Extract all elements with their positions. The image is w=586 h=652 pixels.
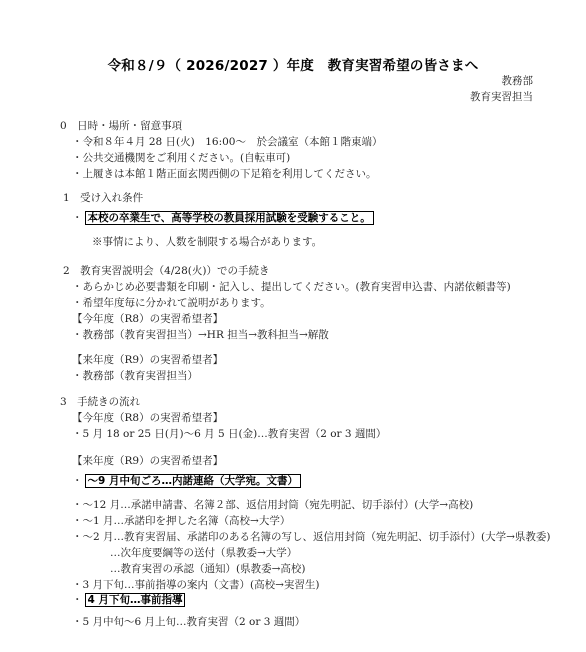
- section-0-item: ・令和８年４月 28 日(火) 16:00～ 於会議室（本館１階東端）: [72, 134, 383, 150]
- section-3-heading: 3 手続きの流れ: [60, 394, 140, 410]
- section-3-r9-boxed-2: ・4 月下旬…事前指導: [72, 592, 185, 608]
- section-3-r9-final-item: ・5 月中旬～6 月上旬…教育実習（2 or 3 週間）: [72, 614, 305, 630]
- section-0-item: ・上履きは本館１階正面玄関西側の下足箱を利用してください。: [72, 166, 377, 182]
- author-department: 教務部: [502, 73, 534, 89]
- section-3-r9-item: ・3 月下旬…事前指導の案内（文書）(高校→実習生): [72, 577, 320, 593]
- group-label-r9: 【来年度（R9）の実習希望者】: [72, 352, 223, 368]
- section-2-r9-item: ・教務部（教育実習担当）: [72, 368, 198, 384]
- section-3-r9-subitem: …次年度要綱等の送付（県教委→大学）: [110, 545, 297, 561]
- section-1-note: ※事情により、人数を制限する場合があります。: [92, 234, 322, 250]
- boxed-step-pre-guidance: 4 月下旬…事前指導: [85, 593, 186, 607]
- section-1-heading: 1 受け入れ条件: [63, 190, 143, 206]
- section-0-heading: 0 日時・場所・留意事項: [60, 118, 182, 134]
- section-3-r9-subitem: …教育実習の承認（通知）(県教委→高校): [110, 561, 306, 577]
- requirement-boxed-text: 本校の卒業生で、高等学校の教員採用試験を受験すること。: [85, 211, 374, 225]
- group-label-r9: 【来年度（R9）の実習希望者】: [72, 453, 223, 469]
- section-3-r9-item: ・～2 月…教育実習届、承諾印のある名簿の写し、返信用封筒（宛先明記、切手添付）…: [72, 529, 551, 545]
- group-label-r8: 【今年度（R8）の実習希望者】: [72, 410, 223, 426]
- group-label-r8: 【今年度（R8）の実習希望者】: [72, 311, 223, 327]
- section-2-item: ・希望年度毎に分かれて説明があります。: [72, 295, 271, 311]
- section-0-item: ・公共交通機関をご利用ください。(自転車可): [72, 150, 290, 166]
- boxed-step-informal-consent: ～9 月中旬ごろ…内諾連絡（大学宛。文書）: [85, 474, 301, 488]
- author-role: 教育実習担当: [470, 89, 533, 105]
- section-3-r8-item: ・5 月 18 or 25 日(月)～6 月 5 日(金)…教育実習（2 or …: [72, 426, 386, 442]
- section-2-item: ・あらかじめ必要書類を印刷・記入し、提出してください。(教育実習申込書、内諾依頼…: [72, 279, 511, 295]
- section-2-r8-item: ・教務部（教育実習担当）→HR 担当→教科担当→解散: [72, 327, 329, 343]
- section-3-r9-boxed-1: ・～9 月中旬ごろ…内諾連絡（大学宛。文書）: [72, 473, 301, 489]
- section-1-requirement: ・本校の卒業生で、高等学校の教員採用試験を受験すること。: [72, 210, 374, 226]
- document-title: 令和８/９（ 2026/2027 ）年度 教育実習希望の皆さまへ: [0, 54, 586, 74]
- section-3-r9-item: ・～12 月…承諾申請書、名簿２部、返信用封筒（宛先明記、切手添付）(大学→高校…: [72, 497, 473, 513]
- section-2-heading: 2 教育実習説明会（4/28(火)）での手続き: [63, 263, 269, 279]
- section-3-r9-item: ・～1 月…承諾印を押した名簿（高校→大学）: [72, 513, 290, 529]
